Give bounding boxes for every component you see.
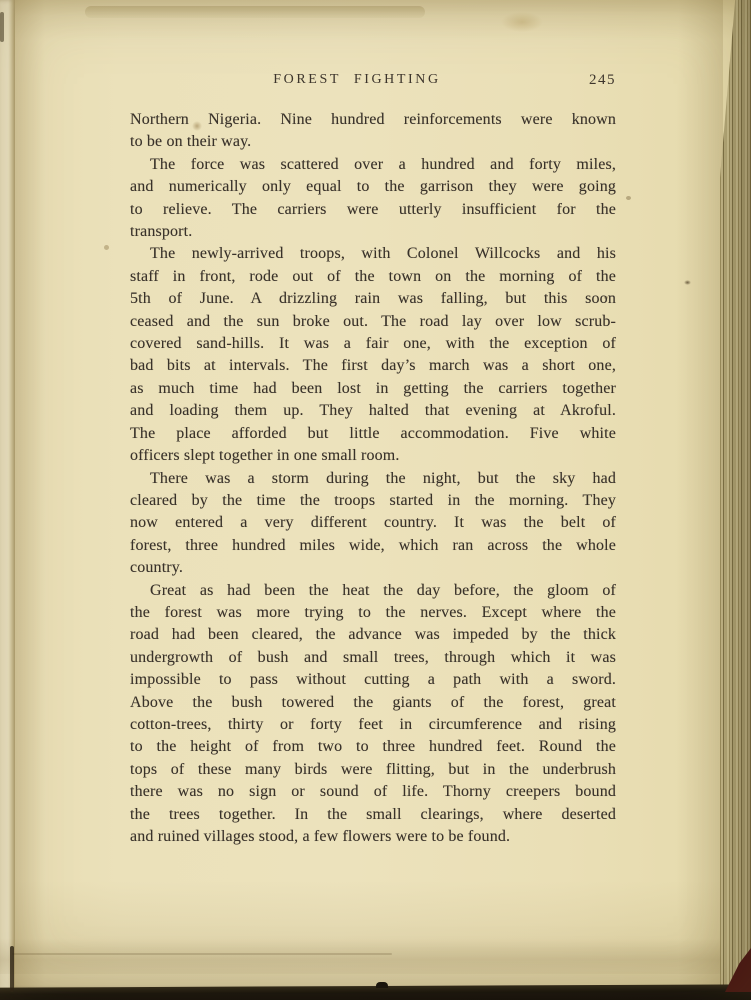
page-curl-shadow — [678, 0, 723, 985]
text-line: Northern Nigeria. Nine hundred reinforce… — [130, 109, 616, 131]
text-line: impossible to pass without cutting a pat… — [130, 669, 616, 691]
text-line: to the height of from two to three hundr… — [130, 736, 616, 758]
text-line: staff in front, rode out of the town on … — [130, 266, 616, 288]
text-line: officers slept together in one small roo… — [130, 445, 616, 467]
text-line: bad bits at intervals. The first day’s m… — [130, 355, 616, 377]
text-line: transport. — [130, 221, 616, 243]
paragraph: Northern Nigeria. Nine hundred reinforce… — [130, 109, 616, 154]
text-line: to relieve. The carriers were utterly in… — [130, 199, 616, 221]
text-line: now entered a very different country. It… — [130, 512, 616, 534]
paragraph: The newly-arrived troops, with Colonel W… — [130, 243, 616, 467]
paper-speck — [626, 196, 631, 200]
text-line: The place afforded but little accommodat… — [130, 423, 616, 445]
text-line: cleared by the time the troops started i… — [130, 490, 616, 512]
text-line: the forest was more trying to the nerves… — [130, 602, 616, 624]
text-line: ceased and the sun broke out. The road l… — [130, 311, 616, 333]
text-line: country. — [130, 557, 616, 579]
text-line: Great as had been the heat the day befor… — [130, 580, 616, 602]
text-line: tops of these many birds were flitting, … — [130, 759, 616, 781]
page-edge-stack — [718, 0, 751, 988]
prev-page-edge — [0, 0, 15, 994]
text-line: There was a storm during the night, but … — [130, 468, 616, 490]
page-content: FOREST FIGHTING 245 Northern Nigeria. Ni… — [130, 72, 616, 848]
fold-line — [12, 953, 392, 955]
gutter-dark-mark — [0, 12, 4, 42]
text-line: forest, three hundred miles wide, which … — [130, 535, 616, 557]
text-line: 5th of June. A drizzling rain was fallin… — [130, 288, 616, 310]
text-line: undergrowth of bush and small trees, thr… — [130, 647, 616, 669]
scan-top-streak — [85, 6, 425, 18]
text-line: The newly-arrived troops, with Colonel W… — [130, 243, 616, 265]
paragraph: There was a storm during the night, but … — [130, 468, 616, 580]
text-line: the trees together. In the small clearin… — [130, 804, 616, 826]
paragraph: Great as had been the heat the day befor… — [130, 580, 616, 849]
text-line: cotton-trees, thirty or forty feet in ci… — [130, 714, 616, 736]
text-line: The force was scattered over a hundred a… — [130, 154, 616, 176]
cover-notch — [376, 982, 388, 988]
page-header-title: FOREST FIGHTING — [273, 72, 440, 88]
text-line: as much time had been lost in getting th… — [130, 378, 616, 400]
running-header: FOREST FIGHTING 245 — [130, 72, 616, 92]
page-number: 245 — [589, 72, 616, 89]
book-scan: FOREST FIGHTING 245 Northern Nigeria. Ni… — [0, 0, 751, 1000]
paper-speck — [684, 280, 691, 285]
text-line: and ruined villages stood, a few flowers… — [130, 826, 616, 848]
text-line: covered sand-hills. It was a fair one, w… — [130, 333, 616, 355]
gutter-shadow — [15, 0, 45, 1000]
text-line: to be on their way. — [130, 131, 616, 153]
paper-stain — [493, 8, 551, 36]
text-line: there was no sign or sound of life. Thor… — [130, 781, 616, 803]
bottom-shadow-band — [0, 938, 721, 974]
bottom-left-seam — [10, 946, 14, 992]
text-line: and numerically only equal to the garris… — [130, 176, 616, 198]
paragraph: The force was scattered over a hundred a… — [130, 154, 616, 244]
text-line: Above the bush towered the giants of the… — [130, 692, 616, 714]
text-line: road had been cleared, the advance was i… — [130, 624, 616, 646]
paper-speck — [104, 245, 109, 250]
page-body: Northern Nigeria. Nine hundred reinforce… — [130, 109, 616, 848]
text-line: and loading them up. They halted that ev… — [130, 400, 616, 422]
